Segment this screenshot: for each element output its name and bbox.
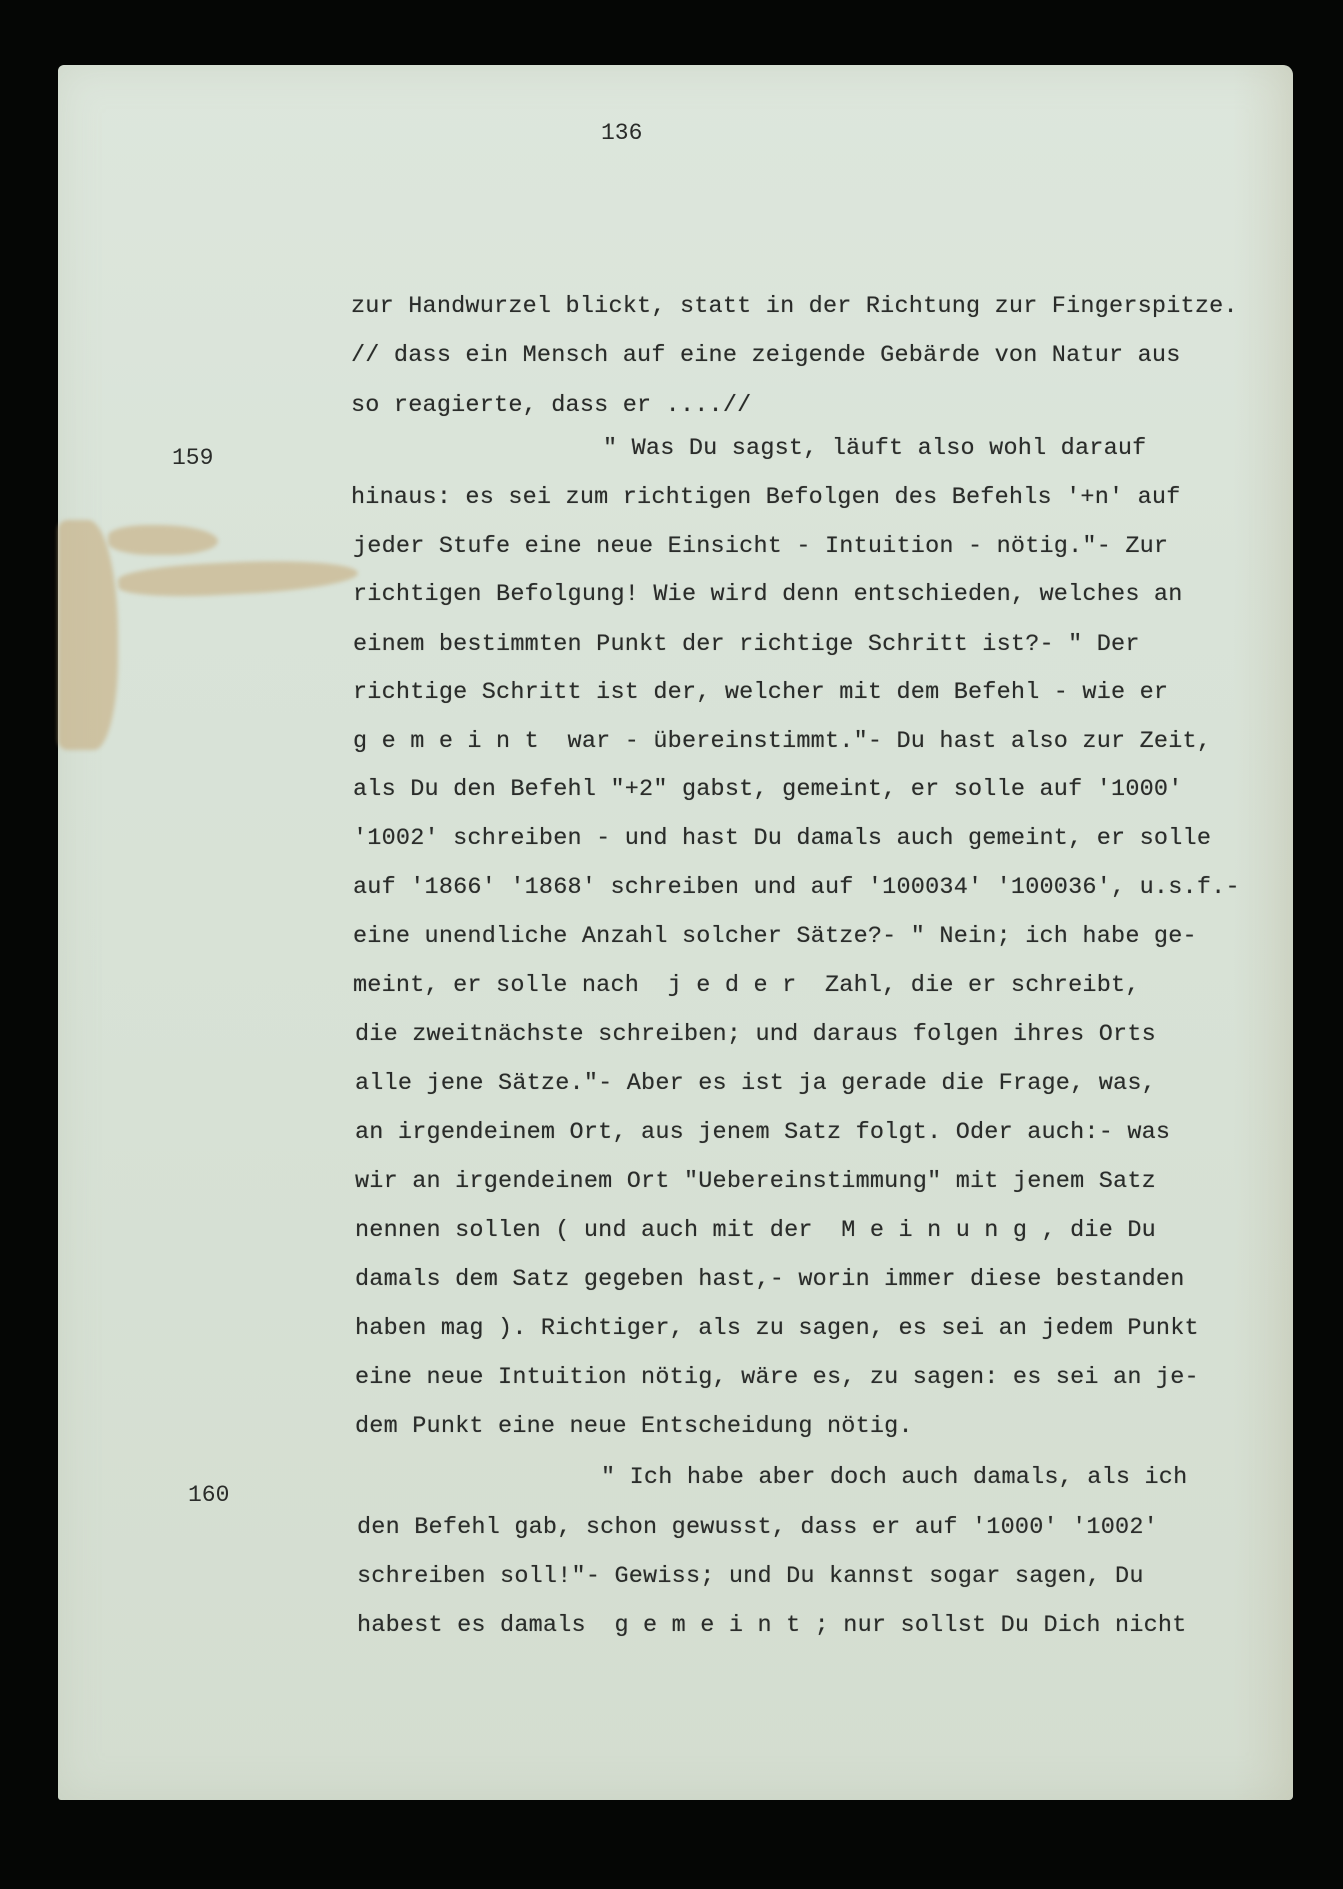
text-line: so reagierte, dass er ....//: [351, 392, 751, 419]
text-line: schreiben soll!"- Gewiss; und Du kannst …: [357, 1563, 1144, 1590]
text-line: richtige Schritt ist der, welcher mit de…: [353, 679, 1168, 706]
text-line: jeder Stufe eine neue Einsicht - Intuiti…: [353, 533, 1168, 560]
text-line: meint, er solle nach j e d e r Zahl, die…: [353, 972, 1140, 999]
water-stain: [108, 525, 218, 555]
text-line: auf '1866' '1868' schreiben und auf '100…: [353, 874, 1240, 901]
water-stain: [58, 520, 118, 750]
text-line: zur Handwurzel blickt, statt in der Rich…: [351, 293, 1238, 320]
remark-number: 159: [172, 445, 213, 471]
text-line: dem Punkt eine neue Entscheidung nötig.: [355, 1413, 913, 1440]
text-line: die zweitnächste schreiben; und daraus f…: [355, 1021, 1156, 1048]
remark-number: 160: [188, 1482, 229, 1508]
water-stain: [117, 556, 358, 601]
page-number: 136: [601, 120, 642, 146]
text-line: einem bestimmten Punkt der richtige Schr…: [353, 631, 1140, 658]
text-line: wir an irgendeinem Ort "Uebereinstimmung…: [355, 1168, 1156, 1195]
text-line: haben mag ). Richtiger, als zu sagen, es…: [355, 1315, 1199, 1342]
text-line: eine neue Intuition nötig, wäre es, zu s…: [355, 1364, 1199, 1391]
text-line: an irgendeinem Ort, aus jenem Satz folgt…: [355, 1119, 1170, 1146]
text-line: '1002' schreiben - und hast Du damals au…: [353, 825, 1211, 852]
text-line: alle jene Sätze."- Aber es ist ja gerade…: [355, 1070, 1156, 1097]
text-line: " Was Du sagst, läuft also wohl darauf: [603, 435, 1147, 462]
text-line: eine unendliche Anzahl solcher Sätze?- "…: [353, 923, 1197, 950]
text-line: " Ich habe aber doch auch damals, als ic…: [601, 1464, 1187, 1491]
text-line: damals dem Satz gegeben hast,- worin imm…: [355, 1266, 1185, 1293]
text-line: den Befehl gab, schon gewusst, dass er a…: [357, 1514, 1158, 1541]
text-line: // dass ein Mensch auf eine zeigende Geb…: [351, 342, 1181, 369]
text-line: nennen sollen ( und auch mit der M e i n…: [355, 1217, 1156, 1244]
text-line: g e m e i n t war - übereinstimmt."- Du …: [353, 728, 1211, 755]
text-line: habest es damals g e m e i n t ; nur sol…: [357, 1612, 1187, 1639]
text-line: hinaus: es sei zum richtigen Befolgen de…: [351, 484, 1181, 511]
text-line: richtigen Befolgung! Wie wird denn entsc…: [353, 581, 1183, 608]
text-line: als Du den Befehl "+2" gabst, gemeint, e…: [353, 776, 1183, 803]
